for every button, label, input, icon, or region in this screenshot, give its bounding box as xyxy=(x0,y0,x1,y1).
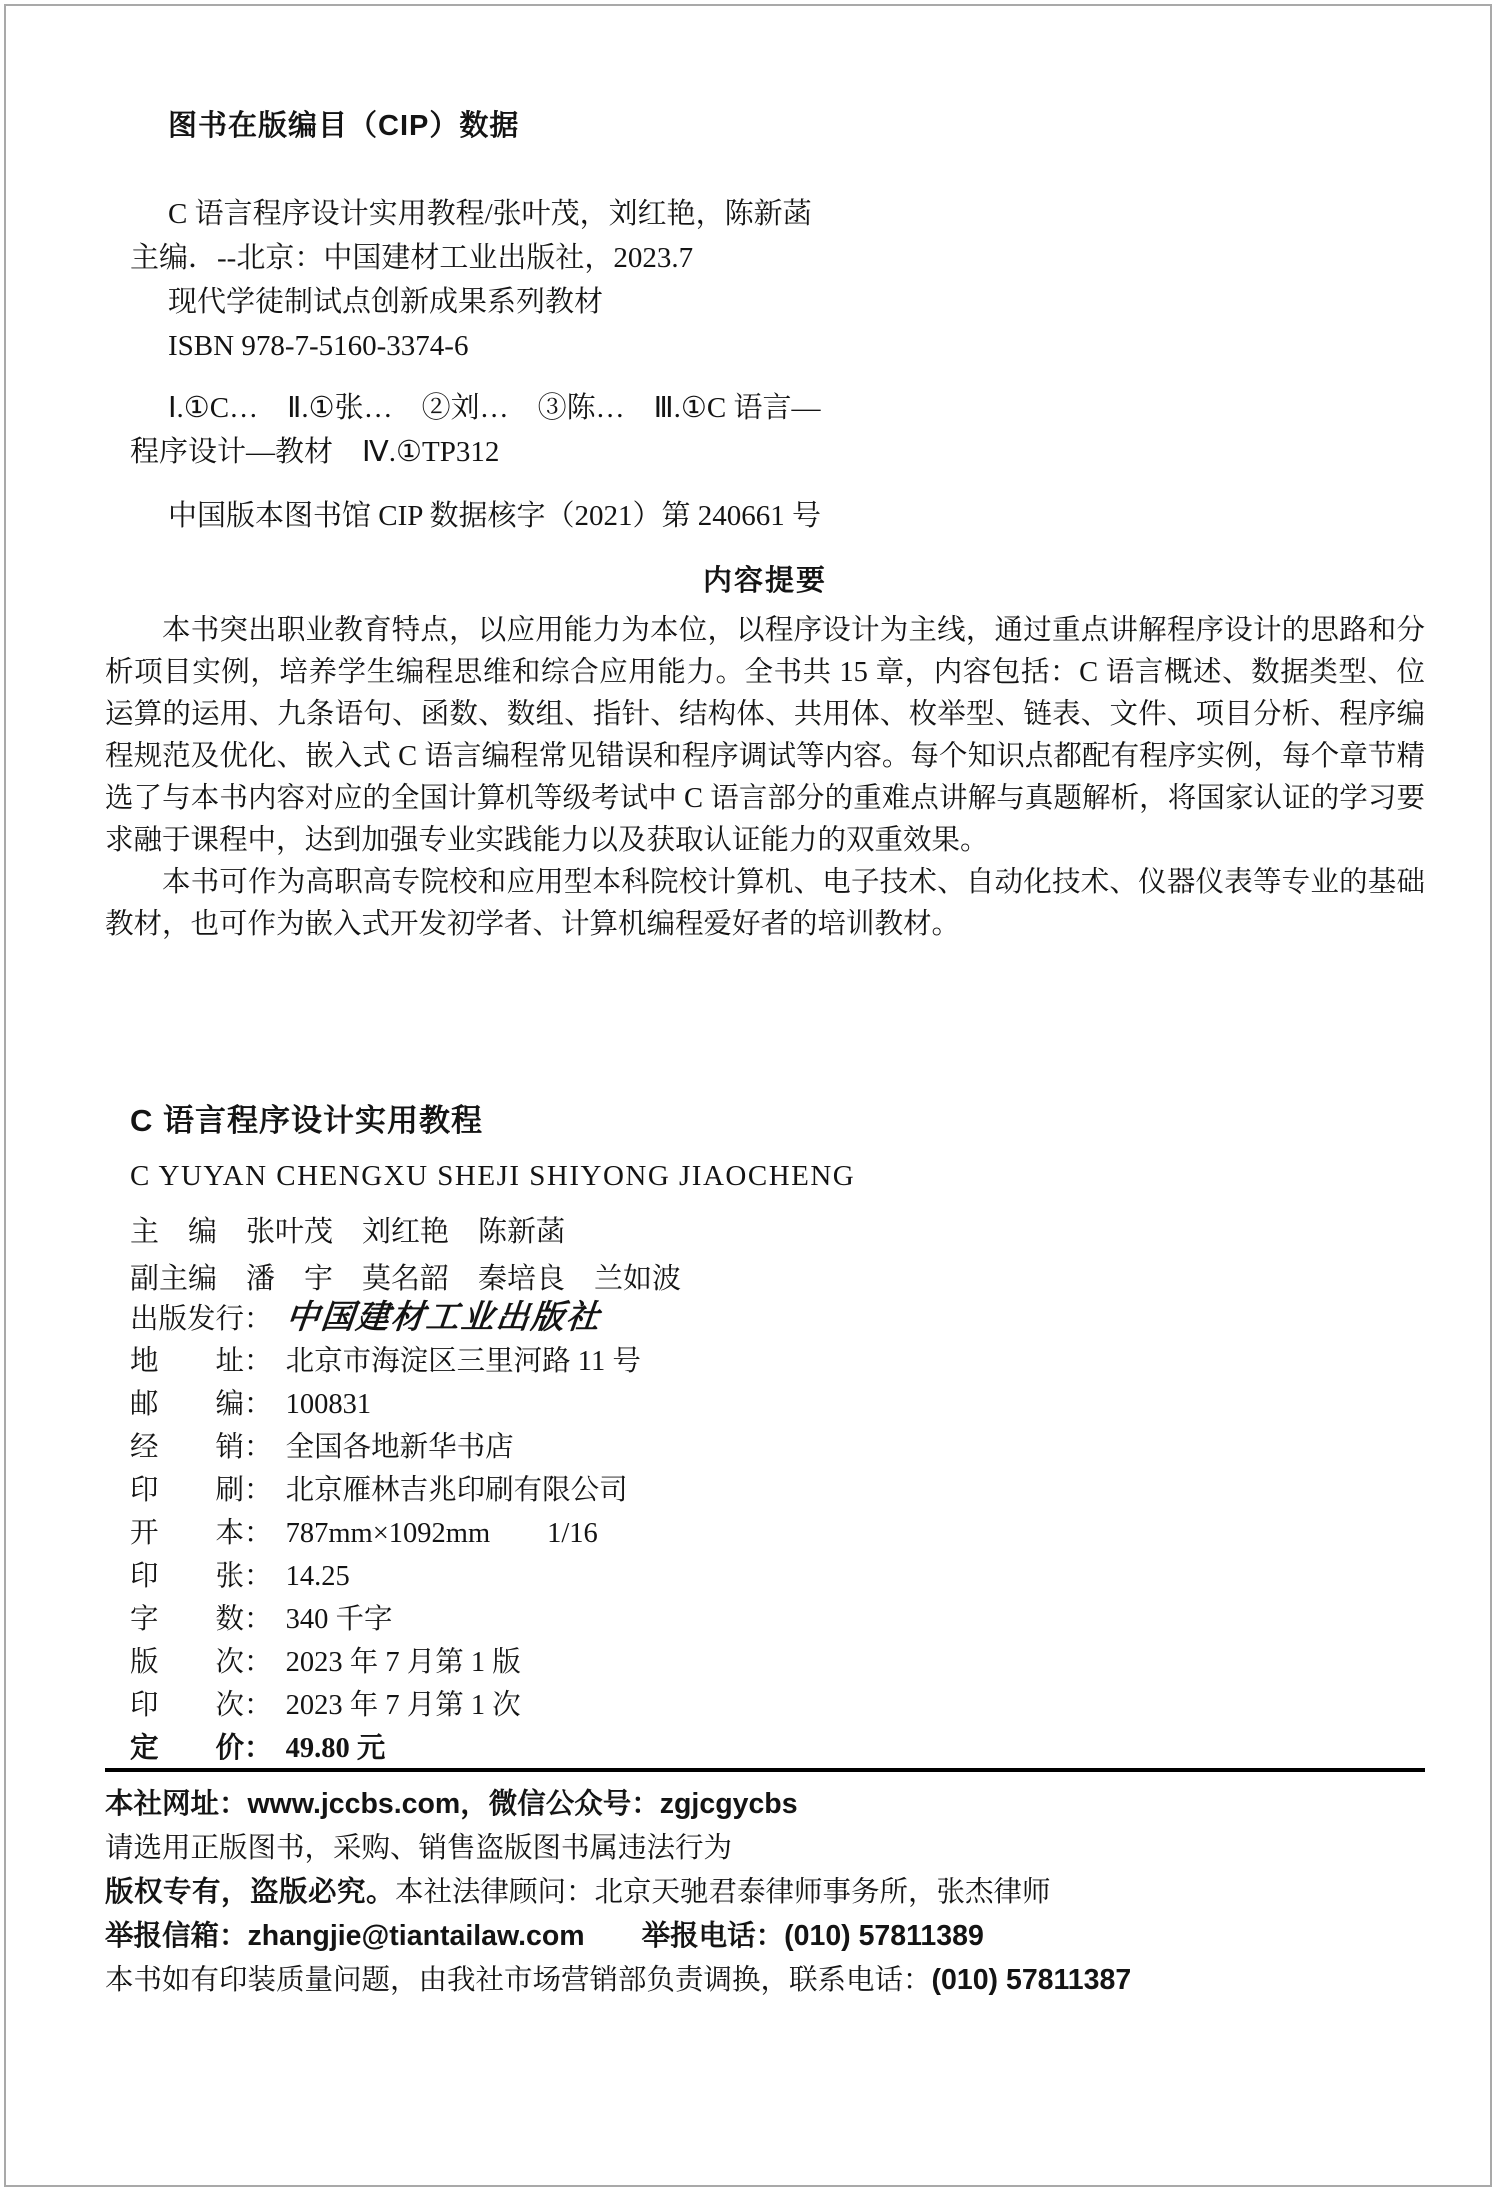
colophon-row-price: 定 价： 49.80 元 xyxy=(130,1727,1430,1770)
colophon-value: 787mm×1092mm 1/16 xyxy=(280,1512,598,1555)
colophon-label: 印 次： xyxy=(130,1684,273,1727)
colophon-value: 14.25 xyxy=(280,1555,350,1598)
footer-divider-rule xyxy=(105,1768,1425,1772)
abstract-paragraph-1: 本书突出职业教育特点，以应用能力为本位，以程序设计为主线，通过重点讲解程序设计的… xyxy=(105,610,1425,862)
cip-heading: 图书在版编目（CIP）数据 xyxy=(130,108,1430,144)
colophon-label: 地 址： xyxy=(130,1340,273,1383)
book-title-block: C 语言程序设计实用教程 C YUYAN CHENGXU SHEJI SHIYO… xyxy=(130,1095,1430,1303)
cip-series: 现代学徒制试点创新成果系列教材 xyxy=(130,284,1430,320)
footer-website-line: 本社网址：www.jccbs.com，微信公众号：zgjcgycbs xyxy=(105,1782,1435,1826)
cip-classification-line1: Ⅰ.①C… Ⅱ.①张… ②刘… ③陈… Ⅲ.①C 语言— xyxy=(130,390,1430,426)
footer-copyright-line: 版权专有，盗版必究。本社法律顾问：北京天驰君泰律师事务所，张杰律师 xyxy=(105,1870,1435,1914)
colophon-value: 北京市海淀区三里河路 11 号 xyxy=(280,1340,641,1383)
footer-quality-text: 本书如有印装质量问题，由我社市场营销部负责调换，联系电话： xyxy=(105,1964,932,1996)
colophon-label: 印 刷： xyxy=(130,1469,273,1512)
colophon-value: 全国各地新华书店 xyxy=(280,1426,514,1469)
book-title-pinyin: C YUYAN CHENGXU SHEJI SHIYONG JIAOCHENG xyxy=(130,1160,1430,1193)
colophon-label: 开 本： xyxy=(130,1512,273,1555)
footer-block: 本社网址：www.jccbs.com，微信公众号：zgjcgycbs 请选用正版… xyxy=(105,1782,1435,2002)
colophon-row-wordcount: 字 数： 340 千字 xyxy=(130,1598,1430,1641)
colophon-label: 定 价： xyxy=(130,1727,273,1770)
publisher-logotype: 中国建材工业出版社 xyxy=(277,1297,603,1340)
cip-record-number: 中国版本图书馆 CIP 数据核字（2021）第 240661 号 xyxy=(130,498,1430,534)
cip-entry-title: C 语言程序设计实用教程/张叶茂，刘红艳，陈新菡 xyxy=(130,196,1430,232)
colophon-label: 字 数： xyxy=(130,1598,273,1641)
colophon-value: 2023 年 7 月第 1 次 xyxy=(280,1684,521,1727)
footer-piracy-line: 请选用正版图书，采购、销售盗版图书属违法行为 xyxy=(105,1826,1435,1870)
book-title: C 语言程序设计实用教程 xyxy=(130,1095,1430,1140)
colophon-row-sheets: 印 张： 14.25 xyxy=(130,1555,1430,1598)
colophon-value: 2023 年 7 月第 1 版 xyxy=(280,1641,521,1684)
colophon-label: 出版发行： xyxy=(130,1298,273,1341)
colophon-value: 北京雁林吉兆印刷有限公司 xyxy=(280,1469,628,1512)
colophon-row-printer: 印 刷： 北京雁林吉兆印刷有限公司 xyxy=(130,1469,1430,1512)
deputy-editors-line: 副主编 潘 宇 莫名韶 秦培良 兰如波 xyxy=(130,1256,1430,1303)
abstract-body: 本书突出职业教育特点，以应用能力为本位，以程序设计为主线，通过重点讲解程序设计的… xyxy=(105,610,1425,946)
cip-block: 图书在版编目（CIP）数据 C 语言程序设计实用教程/张叶茂，刘红艳，陈新菡 主… xyxy=(130,108,1430,534)
colophon-row-distribution: 经 销： 全国各地新华书店 xyxy=(130,1426,1430,1469)
colophon-label: 印 张： xyxy=(130,1555,273,1598)
colophon-row-format: 开 本： 787mm×1092mm 1/16 xyxy=(130,1512,1430,1555)
colophon-value: 100831 xyxy=(280,1383,372,1426)
colophon-label: 经 销： xyxy=(130,1426,273,1469)
footer-quality-line: 本书如有印装质量问题，由我社市场营销部负责调换，联系电话：(010) 57811… xyxy=(105,1958,1435,2002)
colophon-row-edition: 版 次： 2023 年 7 月第 1 版 xyxy=(130,1641,1430,1684)
footer-report-line: 举报信箱：zhangjie@tiantailaw.com 举报电话：(010) … xyxy=(105,1914,1435,1958)
colophon-row-postcode: 邮 编： 100831 xyxy=(130,1383,1430,1426)
colophon-row-address: 地 址： 北京市海淀区三里河路 11 号 xyxy=(130,1340,1430,1383)
footer-quality-phone: (010) 57811387 xyxy=(932,1964,1132,1996)
abstract-heading: 内容提要 xyxy=(105,558,1425,599)
colophon-label: 邮 编： xyxy=(130,1383,273,1426)
chief-editors-line: 主 编 张叶茂 刘红艳 陈新菡 xyxy=(130,1209,1430,1256)
footer-copyright-notice: 版权专有，盗版必究。 xyxy=(105,1876,395,1908)
abstract-paragraph-2: 本书可作为高职高专院校和应用型本科院校计算机、电子技术、自动化技术、仪器仪表等专… xyxy=(105,862,1425,946)
cip-entry-publisher: 主编．--北京：中国建材工业出版社，2023.7 xyxy=(130,240,1430,276)
cip-classification-line2: 程序设计—教材 Ⅳ.①TP312 xyxy=(130,434,1430,470)
colophon-block: 出版发行： 中国建材工业出版社 地 址： 北京市海淀区三里河路 11 号 邮 编… xyxy=(130,1297,1430,1770)
colophon-value: 49.80 元 xyxy=(280,1727,386,1770)
cip-isbn: ISBN 978-7-5160-3374-6 xyxy=(130,328,1430,364)
colophon-row-impression: 印 次： 2023 年 7 月第 1 次 xyxy=(130,1684,1430,1727)
colophon-label: 版 次： xyxy=(130,1641,273,1684)
colophon-row-publisher: 出版发行： 中国建材工业出版社 xyxy=(130,1297,1430,1340)
colophon-value: 340 千字 xyxy=(280,1598,393,1641)
footer-legal-counsel: 本社法律顾问：北京天驰君泰律师事务所，张杰律师 xyxy=(395,1876,1051,1908)
